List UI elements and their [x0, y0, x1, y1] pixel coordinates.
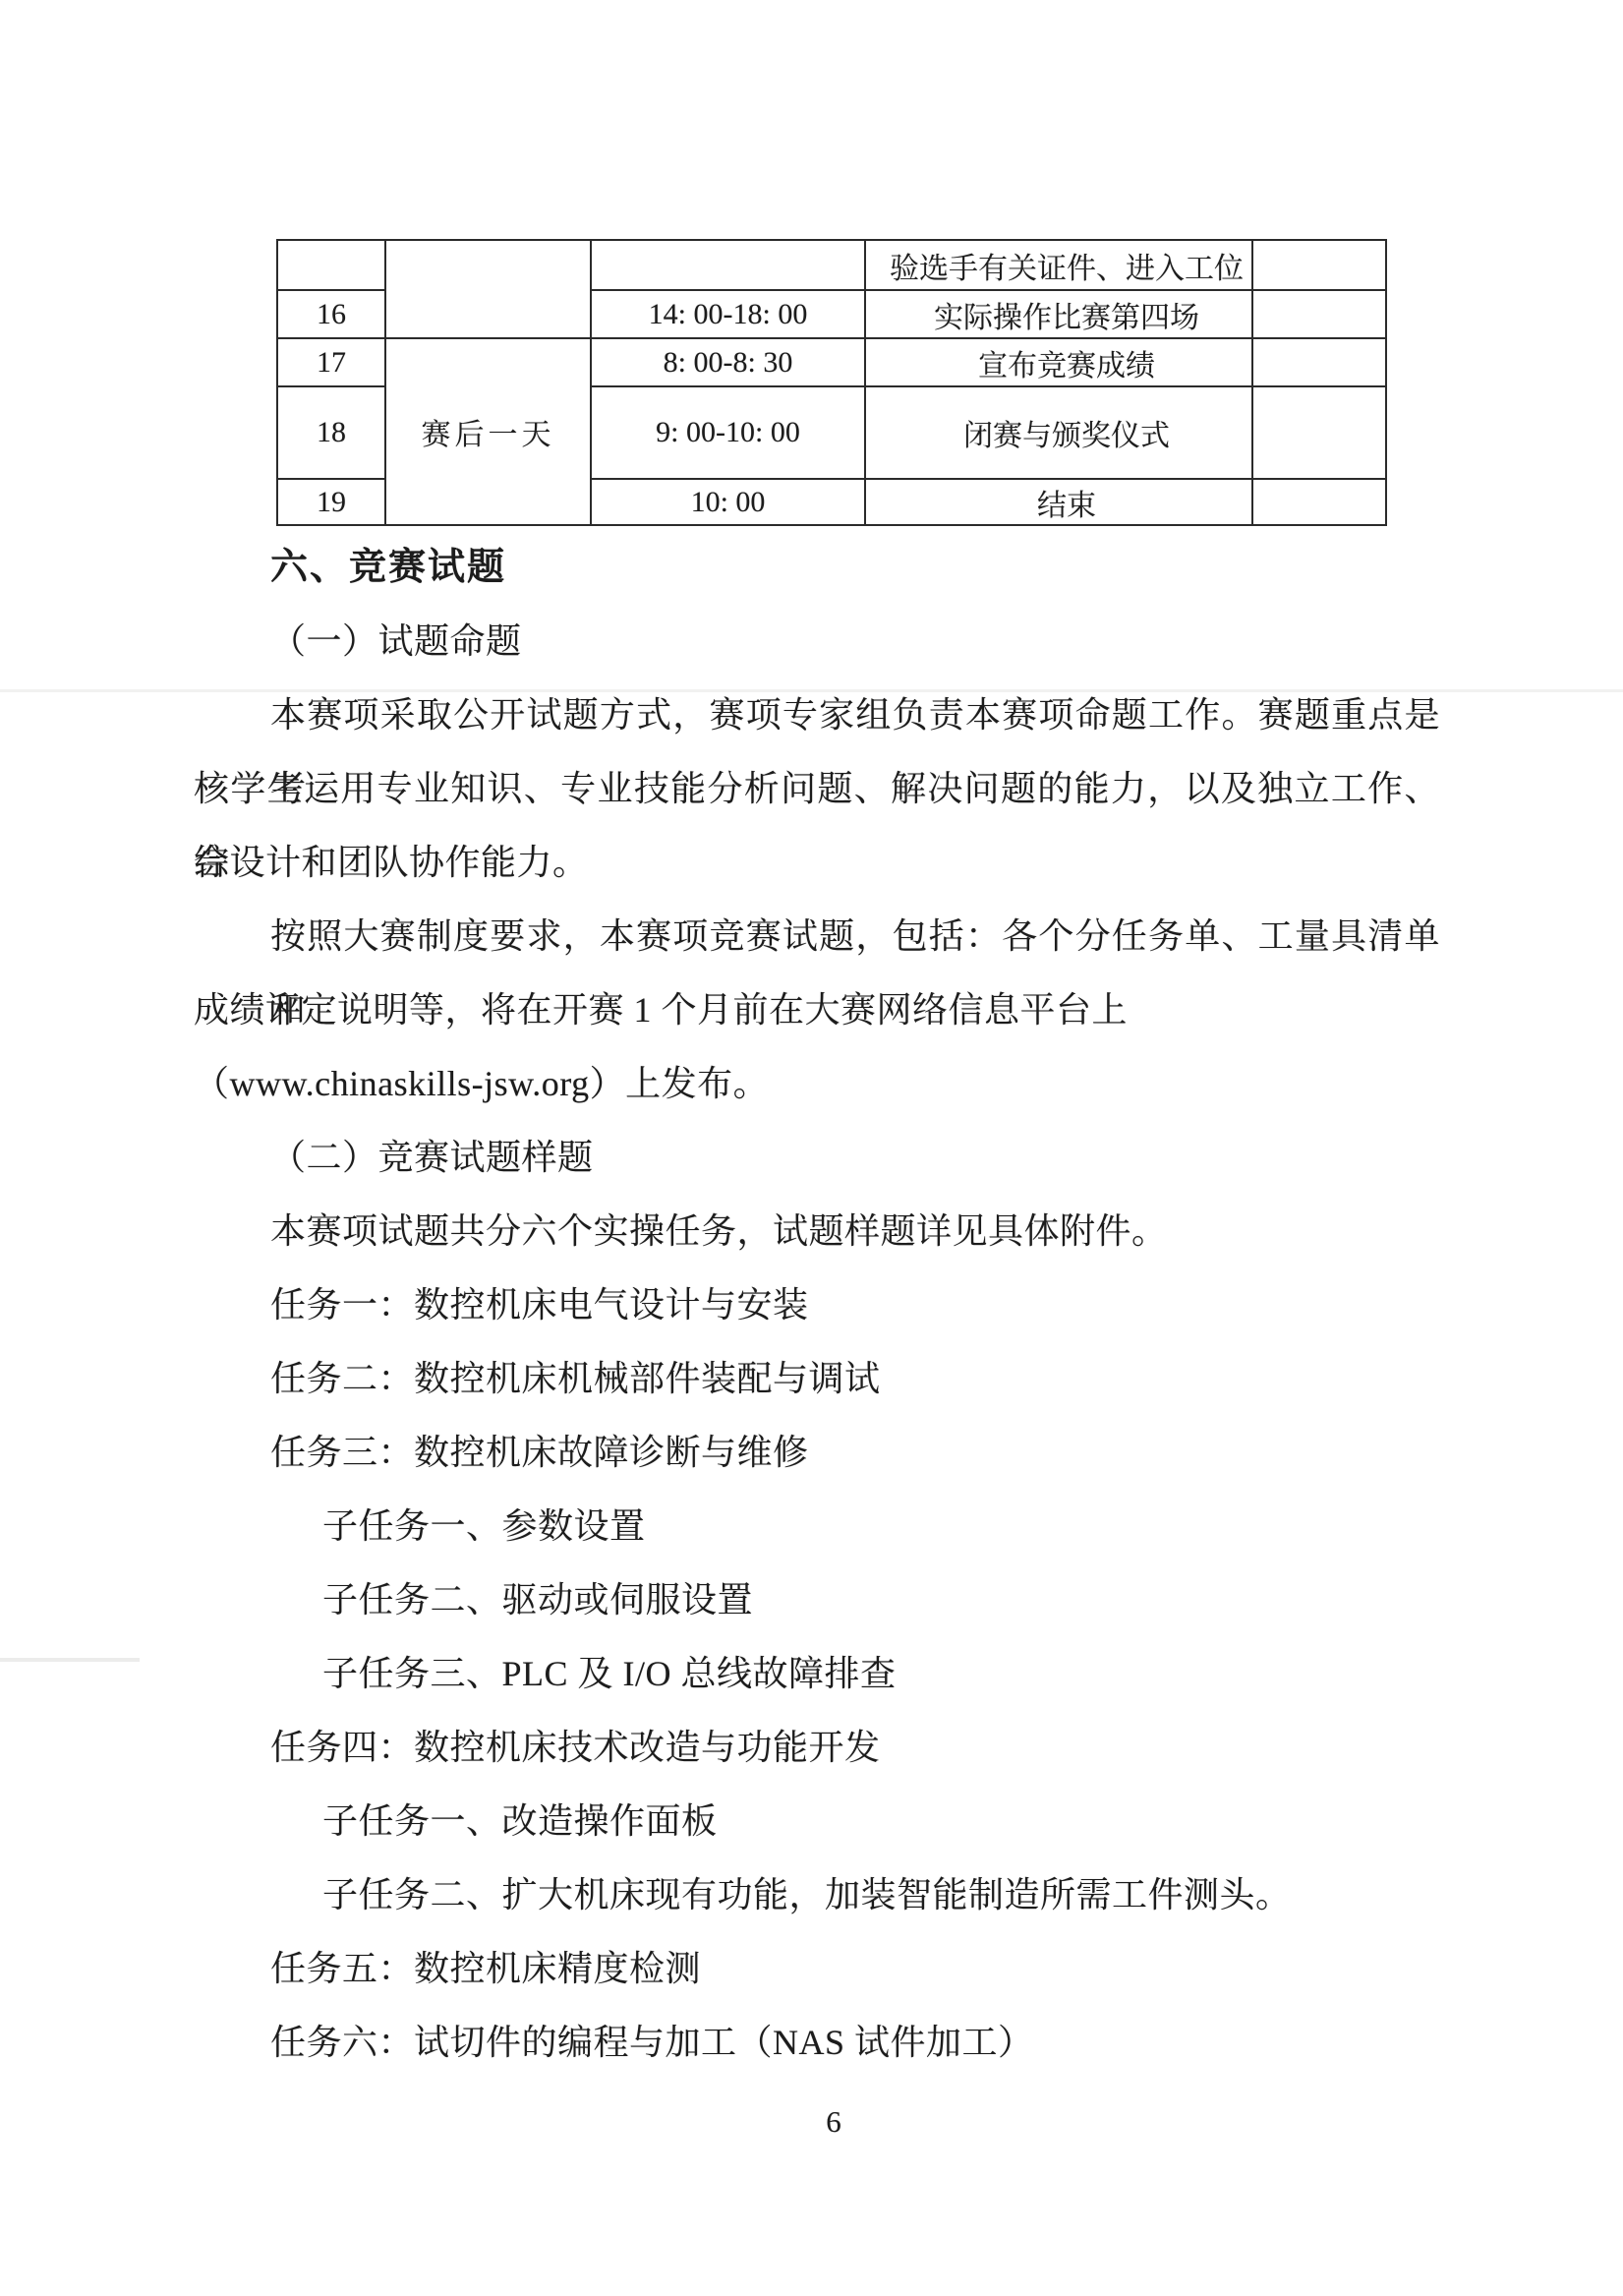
paragraph-line-url: （www.chinaskills-jsw.org）上发布。 [194, 1047, 1440, 1121]
task-item-2: 任务二：数控机床机械部件装配与调试 [194, 1342, 1440, 1416]
subtask-item-4-2: 子任务二、扩大机床现有功能，加装智能制造所需工件测头。 [194, 1858, 1440, 1932]
scan-artifact-line [0, 1658, 140, 1662]
task-item-6: 任务六：试切件的编程与加工（NAS 试件加工） [194, 2006, 1440, 2080]
page-number: 6 [0, 2104, 1623, 2140]
cell-row-number: 17 [277, 338, 385, 386]
subtask-item-4-1: 子任务一、改造操作面板 [194, 1785, 1440, 1858]
task-item-5: 任务五：数控机床精度检测 [194, 1932, 1440, 2006]
task-item-1: 任务一：数控机床电气设计与安装 [194, 1268, 1440, 1342]
cell-activity: 实际操作比赛第四场 [865, 290, 1252, 338]
table-row: 验选手有关证件、进入工位 [277, 240, 1386, 290]
cell-activity: 宣布竞赛成绩 [865, 338, 1252, 386]
cell-day-after: 赛后一天 [385, 338, 591, 525]
cell-note [1252, 240, 1386, 290]
paragraph-line: 本赛项试题共分六个实操任务，试题样题详见具体附件。 [194, 1195, 1440, 1268]
paragraph-line: 成绩评定说明等，将在开赛 1 个月前在大赛网络信息平台上 [194, 973, 1440, 1047]
section-heading: 六、竞赛试题 [194, 531, 1440, 605]
document-page: 验选手有关证件、进入工位 16 14: 00-18: 00 实际操作比赛第四场 … [0, 0, 1623, 2296]
cell-note [1252, 290, 1386, 338]
paragraph-line: 合设计和团队协作能力。 [194, 826, 1440, 900]
document-body: 六、竞赛试题 （一）试题命题 本赛项采取公开试题方式，赛项专家组负责本赛项命题工… [194, 531, 1440, 2080]
cell-note [1252, 479, 1386, 525]
subtask-item-3-2: 子任务二、驱动或伺服设置 [194, 1563, 1440, 1637]
subtask-item-3-3: 子任务三、PLC 及 I/O 总线故障排查 [194, 1637, 1440, 1711]
cell-time: 8: 00-8: 30 [591, 338, 865, 386]
table-row: 17 赛后一天 8: 00-8: 30 宣布竞赛成绩 [277, 338, 1386, 386]
cell-activity: 闭赛与颁奖仪式 [865, 386, 1252, 479]
paragraph-line: 按照大赛制度要求，本赛项竞赛试题，包括：各个分任务单、工量具清单和 [194, 900, 1440, 973]
task-item-3: 任务三：数控机床故障诊断与维修 [194, 1416, 1440, 1490]
task-item-4: 任务四：数控机床技术改造与功能开发 [194, 1711, 1440, 1785]
cell-row-number [277, 240, 385, 290]
cell-row-number: 19 [277, 479, 385, 525]
subtask-item-3-1: 子任务一、参数设置 [194, 1490, 1440, 1563]
cell-note [1252, 386, 1386, 479]
cell-activity: 验选手有关证件、进入工位 [865, 240, 1252, 290]
schedule-table: 验选手有关证件、进入工位 16 14: 00-18: 00 实际操作比赛第四场 … [276, 239, 1387, 526]
cell-row-number: 16 [277, 290, 385, 338]
paragraph-line: 本赛项采取公开试题方式，赛项专家组负责本赛项命题工作。赛题重点是考 [194, 678, 1440, 752]
cell-time: 9: 00-10: 00 [591, 386, 865, 479]
subsection-heading-1: （一）试题命题 [194, 605, 1440, 678]
cell-time: 10: 00 [591, 479, 865, 525]
paragraph-line: 核学生运用专业知识、专业技能分析问题、解决问题的能力，以及独立工作、综 [194, 752, 1440, 826]
cell-day-prev [385, 240, 591, 338]
subsection-heading-2: （二）竞赛试题样题 [194, 1121, 1440, 1195]
cell-time [591, 240, 865, 290]
cell-row-number: 18 [277, 386, 385, 479]
schedule-table-container: 验选手有关证件、进入工位 16 14: 00-18: 00 实际操作比赛第四场 … [276, 239, 1387, 526]
cell-activity: 结束 [865, 479, 1252, 525]
cell-time: 14: 00-18: 00 [591, 290, 865, 338]
cell-note [1252, 338, 1386, 386]
